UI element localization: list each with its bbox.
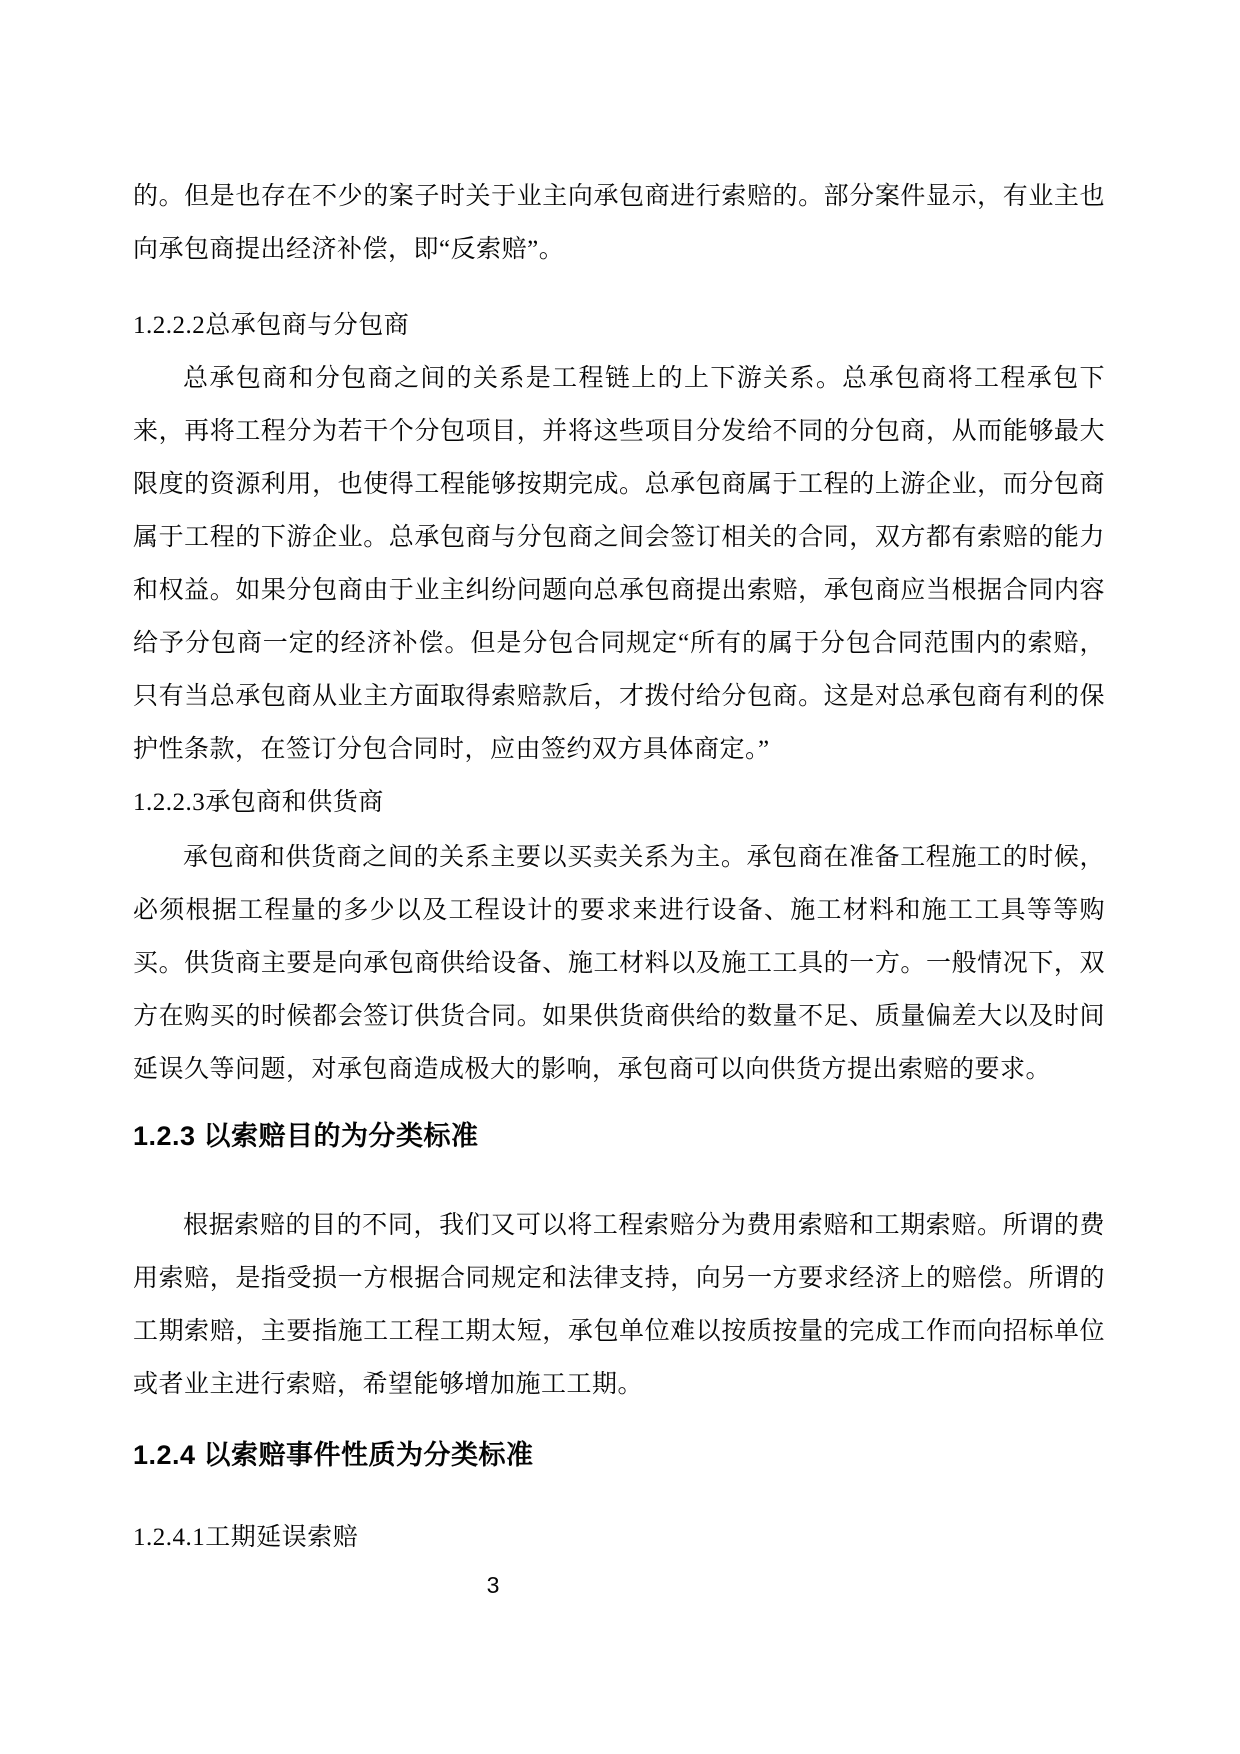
paragraph-contractor-supplier: 承包商和供货商之间的关系主要以买卖关系为主。承包商在准备工程施工的时候，必须根据… xyxy=(133,831,1105,1096)
heading-1-2-2-3-contractor-supplier: 1.2.2.3承包商和供货商 xyxy=(133,776,1105,829)
heading-1-2-3-claim-purpose-classification: 1.2.3 以索赔目的为分类标准 xyxy=(133,1110,1105,1163)
paragraph-continuation-owner-counterclaim: 的。但是也存在不少的案子时关于业主向承包商进行索赔的。部分案件显示，有业主也向承… xyxy=(133,170,1105,276)
document-page: 的。但是也存在不少的案子时关于业主向承包商进行索赔的。部分案件显示，有业主也向承… xyxy=(0,0,1240,1754)
paragraph-general-contractor-subcontractor: 总承包商和分包商之间的关系是工程链上的上下游关系。总承包商将工程承包下来，再将工… xyxy=(133,352,1105,776)
document-content: 的。但是也存在不少的案子时关于业主向承包商进行索赔的。部分案件显示，有业主也向承… xyxy=(133,170,1105,1564)
page-number: 3 xyxy=(478,1572,508,1598)
heading-1-2-2-2-general-contractor-subcontractor: 1.2.2.2总承包商与分包商 xyxy=(133,299,1105,352)
heading-1-2-4-claim-event-nature-classification: 1.2.4 以索赔事件性质为分类标准 xyxy=(133,1429,1105,1482)
heading-1-2-4-1-schedule-delay-claim: 1.2.4.1工期延误索赔 xyxy=(133,1511,1105,1564)
paragraph-claim-purpose: 根据索赔的目的不同，我们又可以将工程索赔分为费用索赔和工期索赔。所谓的费用索赔，… xyxy=(133,1199,1105,1411)
